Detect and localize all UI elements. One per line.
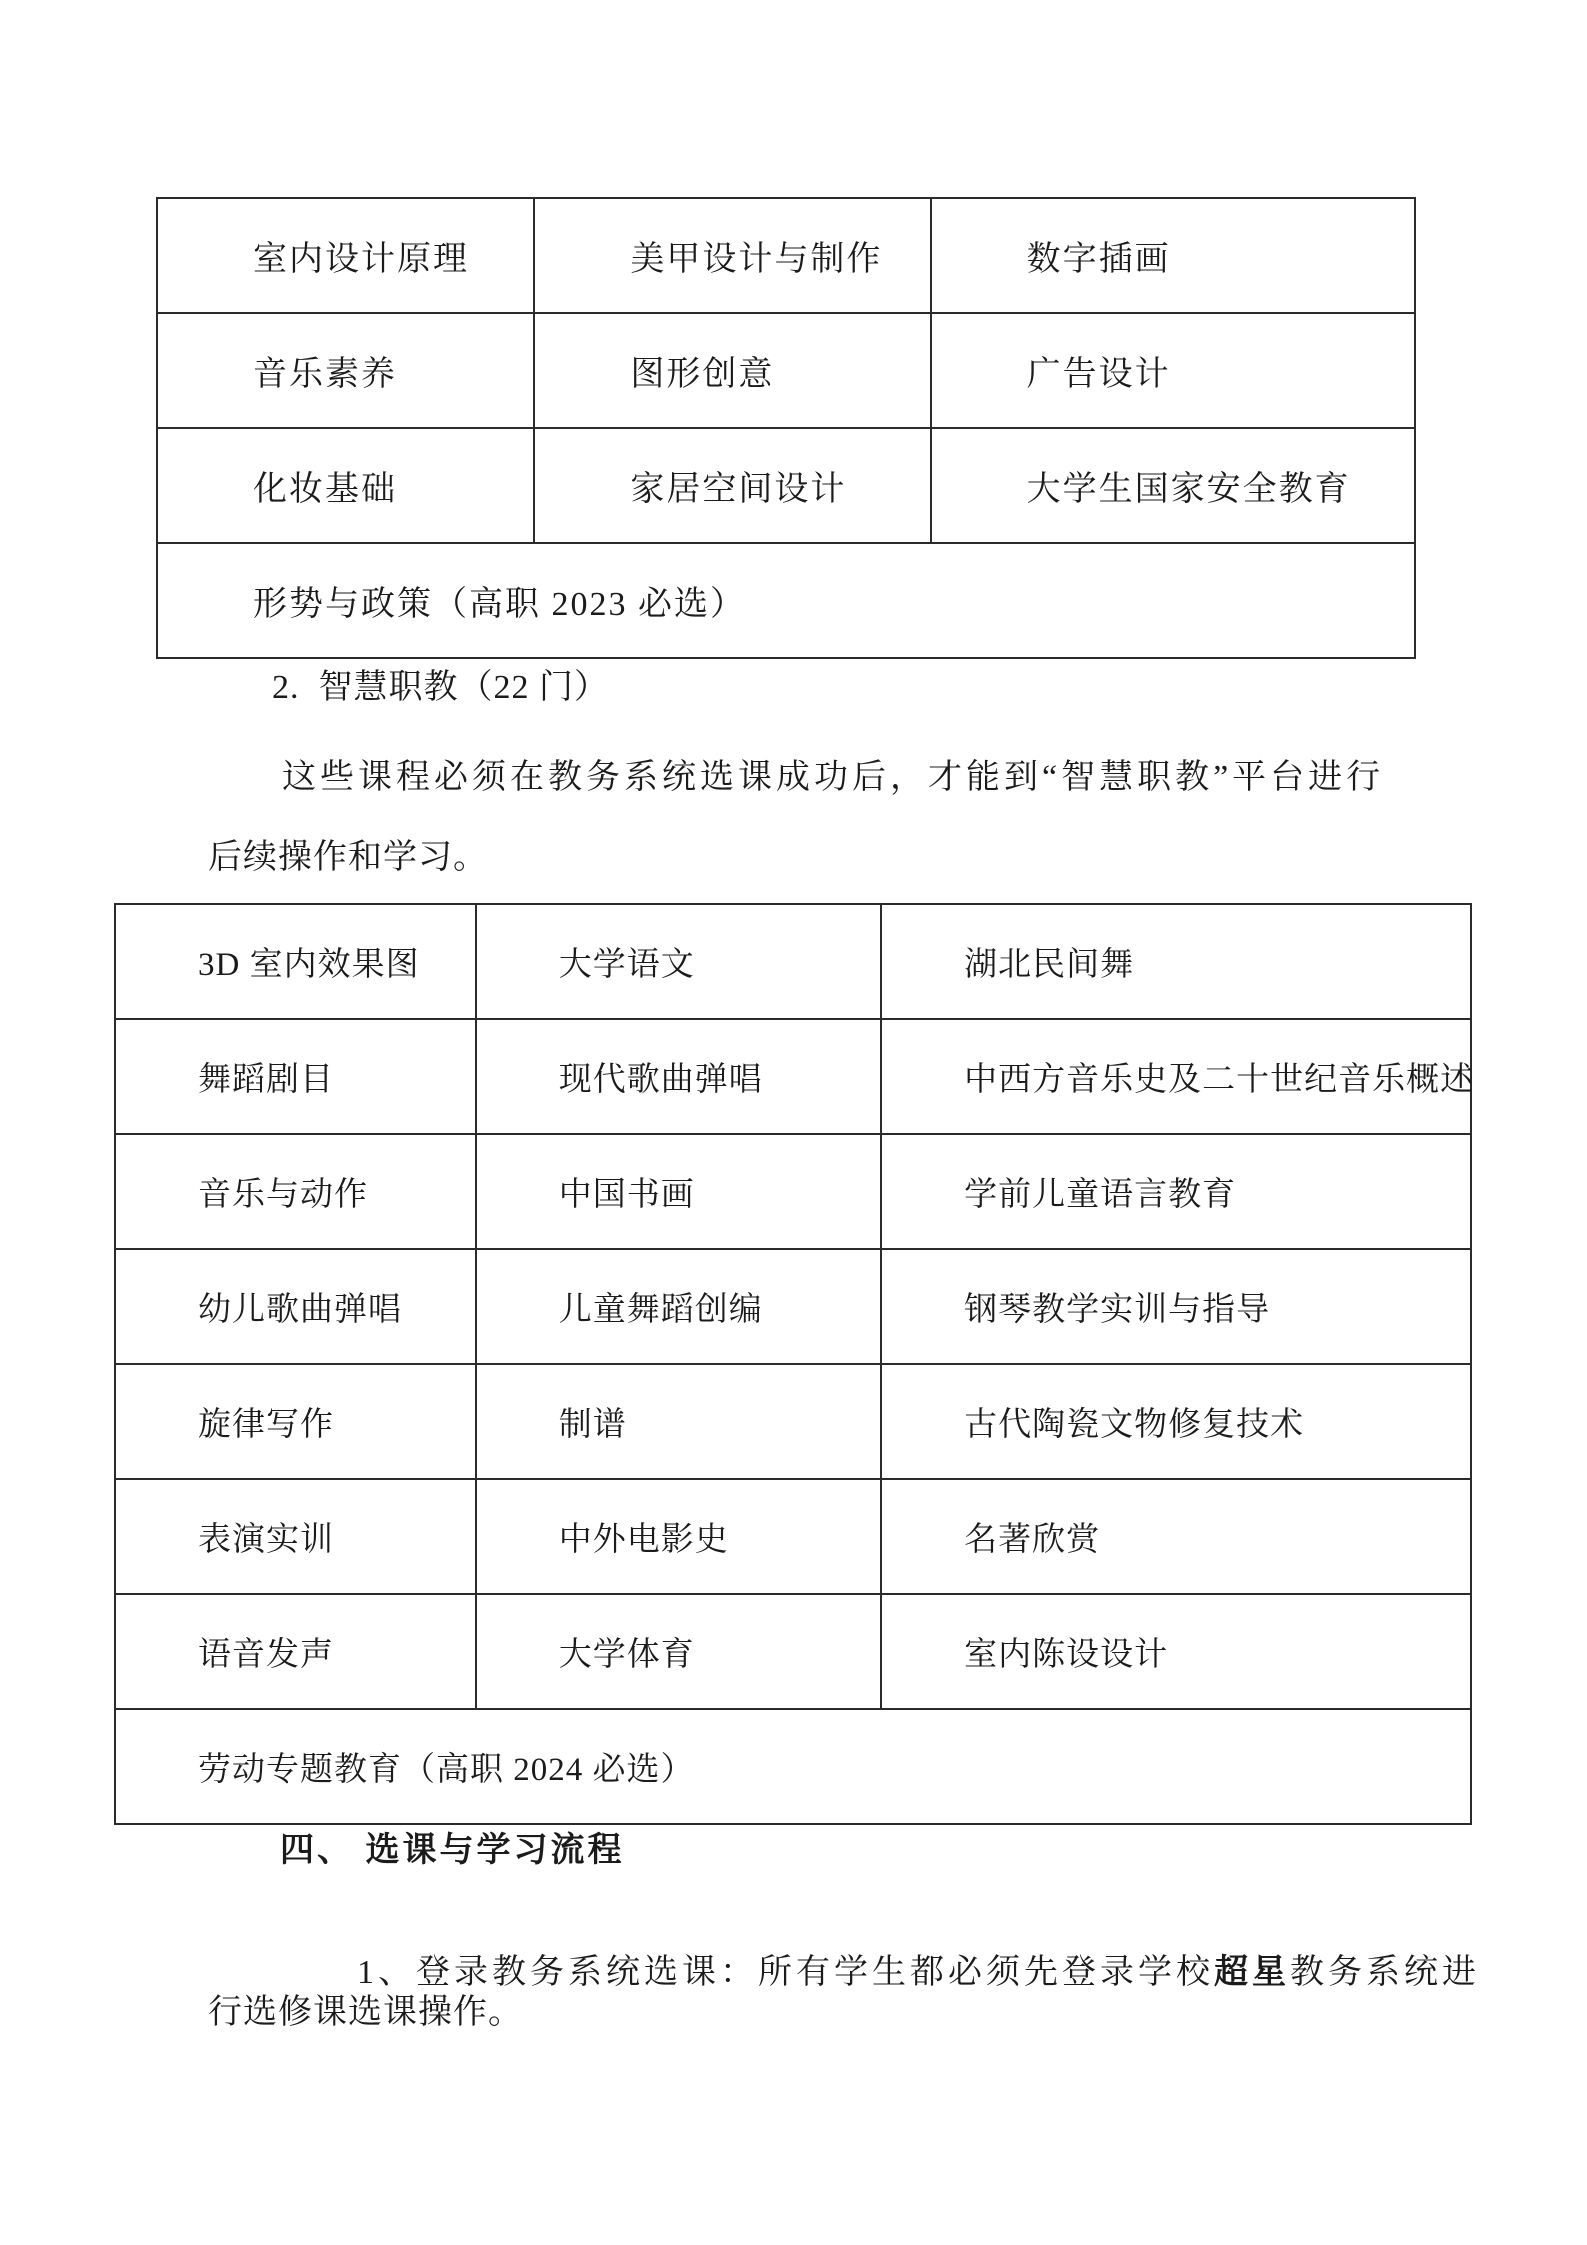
course-cell: 名著欣赏 (881, 1479, 1471, 1594)
course-cell: 中外电影史 (476, 1479, 881, 1594)
paragraph-text: 教务系统进 (1290, 1954, 1480, 1991)
document-page: 室内设计原理 美甲设计与制作 数字插画 音乐素养 图形创意 广告设计 化妆基础 … (0, 0, 1587, 2245)
course-cell: 数字插画 (931, 198, 1415, 313)
table-row: 音乐素养 图形创意 广告设计 (157, 313, 1415, 428)
course-cell: 音乐素养 (157, 313, 534, 428)
table-row: 舞蹈剧目 现代歌曲弹唱 中西方音乐史及二十世纪音乐概述 (115, 1019, 1471, 1134)
table-row: 化妆基础 家居空间设计 大学生国家安全教育 (157, 428, 1415, 543)
course-cell: 室内设计原理 (157, 198, 534, 313)
course-cell: 化妆基础 (157, 428, 534, 543)
table-row: 劳动专题教育（高职 2024 必选） (115, 1709, 1471, 1824)
course-cell: 现代歌曲弹唱 (476, 1019, 881, 1134)
course-cell: 儿童舞蹈创编 (476, 1249, 881, 1364)
list-item-zhihuizhijiao: 2. 智慧职教（22 门） (272, 668, 609, 708)
course-cell: 美甲设计与制作 (534, 198, 930, 313)
course-cell: 古代陶瓷文物修复技术 (881, 1364, 1471, 1479)
course-cell: 中国书画 (476, 1134, 881, 1249)
table-row: 表演实训 中外电影史 名著欣赏 (115, 1479, 1471, 1594)
table-row: 3D 室内效果图 大学语文 湖北民间舞 (115, 904, 1471, 1019)
course-cell: 幼儿歌曲弹唱 (115, 1249, 476, 1364)
course-cell-full: 形势与政策（高职 2023 必选） (157, 543, 1415, 658)
course-cell: 湖北民间舞 (881, 904, 1471, 1019)
paragraph-line: 后续操作和学习。 (208, 838, 488, 878)
course-cell: 学前儿童语言教育 (881, 1134, 1471, 1249)
course-table-xuetangx: 室内设计原理 美甲设计与制作 数字插画 音乐素养 图形创意 广告设计 化妆基础 … (156, 197, 1416, 659)
course-table-zhihuizhijiao: 3D 室内效果图 大学语文 湖北民间舞 舞蹈剧目 现代歌曲弹唱 中西方音乐史及二… (114, 903, 1472, 1825)
course-cell: 大学语文 (476, 904, 881, 1019)
section-heading-course-selection-process: 四、 选课与学习流程 (280, 1831, 625, 1871)
table-row: 音乐与动作 中国书画 学前儿童语言教育 (115, 1134, 1471, 1249)
course-cell: 广告设计 (931, 313, 1415, 428)
course-cell: 旋律写作 (115, 1364, 476, 1479)
course-cell: 钢琴教学实训与指导 (881, 1249, 1471, 1364)
paragraph-text: 1、登录教务系统选课：所有学生都必须先登录学校 (357, 1954, 1214, 1991)
course-cell: 图形创意 (534, 313, 930, 428)
course-cell: 表演实训 (115, 1479, 476, 1594)
course-cell: 大学体育 (476, 1594, 881, 1709)
course-cell: 中西方音乐史及二十世纪音乐概述 (881, 1019, 1471, 1134)
paragraph-line: 行选修课选课操作。 (208, 1993, 523, 2033)
course-cell: 音乐与动作 (115, 1134, 476, 1249)
course-cell: 大学生国家安全教育 (931, 428, 1415, 543)
table-row: 形势与政策（高职 2023 必选） (157, 543, 1415, 658)
table-row: 旋律写作 制谱 古代陶瓷文物修复技术 (115, 1364, 1471, 1479)
course-cell: 制谱 (476, 1364, 881, 1479)
paragraph-line: 这些课程必须在教务系统选课成功后，才能到“智慧职教”平台进行 (282, 758, 1384, 798)
course-cell: 3D 室内效果图 (115, 904, 476, 1019)
course-cell: 语音发声 (115, 1594, 476, 1709)
course-cell: 家居空间设计 (534, 428, 930, 543)
course-cell: 舞蹈剧目 (115, 1019, 476, 1134)
emphasis-chaoxing: 超星 (1214, 1954, 1290, 1991)
table-row: 语音发声 大学体育 室内陈设设计 (115, 1594, 1471, 1709)
table-row: 室内设计原理 美甲设计与制作 数字插画 (157, 198, 1415, 313)
course-cell-full: 劳动专题教育（高职 2024 必选） (115, 1709, 1471, 1824)
table-row: 幼儿歌曲弹唱 儿童舞蹈创编 钢琴教学实训与指导 (115, 1249, 1471, 1364)
course-cell: 室内陈设设计 (881, 1594, 1471, 1709)
